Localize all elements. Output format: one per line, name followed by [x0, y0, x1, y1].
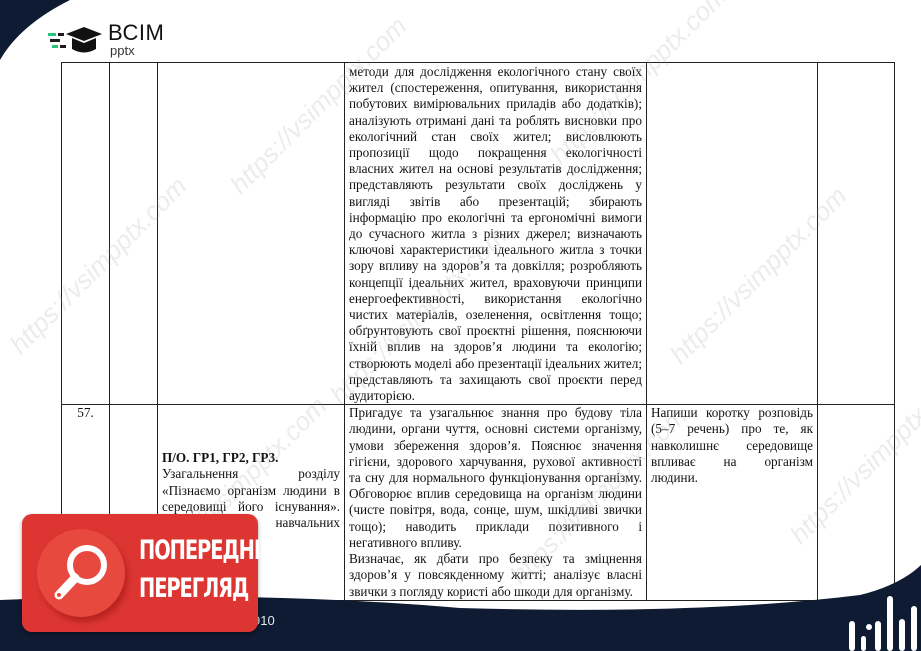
notes-cell: [818, 405, 895, 600]
lesson-topic-cell: [158, 63, 345, 405]
lesson-title: П/О. ГР1, ГР2, ГР3.: [162, 450, 340, 466]
table-row: методи для дослідження екологічного стан…: [62, 63, 895, 405]
expected-results-paragraph: Пригадує та узагальнює знання про будову…: [349, 405, 642, 551]
preview-circle: [37, 529, 125, 617]
graduation-cap-icon: [48, 25, 102, 55]
task-cell: [647, 63, 818, 405]
expected-results-cell: Пригадує та узагальнює знання про будову…: [345, 405, 647, 600]
hours-cell: [110, 63, 158, 405]
preview-label: ПОПЕРЕДНІЙ ПЕРЕГЛЯД: [139, 532, 224, 608]
preview-button[interactable]: ПОПЕРЕДНІЙ ПЕРЕГЛЯД: [22, 514, 258, 632]
lesson-number-cell: [62, 63, 110, 405]
brand-subtitle: pptx: [110, 44, 164, 57]
brand-logo: ВСІМ pptx: [48, 22, 164, 57]
brand-title: ВСІМ: [108, 22, 164, 44]
equalizer-bars-icon: [841, 581, 921, 651]
magnifier-icon: [37, 529, 125, 617]
preview-label-line2: ПЕРЕГЛЯД: [139, 570, 224, 608]
notes-cell: [818, 63, 895, 405]
preview-label-line1: ПОПЕРЕДНІЙ: [139, 532, 224, 570]
task-cell: Напиши коротку розповідь (5–7 речень) пр…: [647, 405, 818, 600]
expected-results-paragraph: Визначає, як дбати про безпеку та зміцне…: [349, 551, 642, 600]
expected-results-cell: методи для дослідження екологічного стан…: [345, 63, 647, 405]
